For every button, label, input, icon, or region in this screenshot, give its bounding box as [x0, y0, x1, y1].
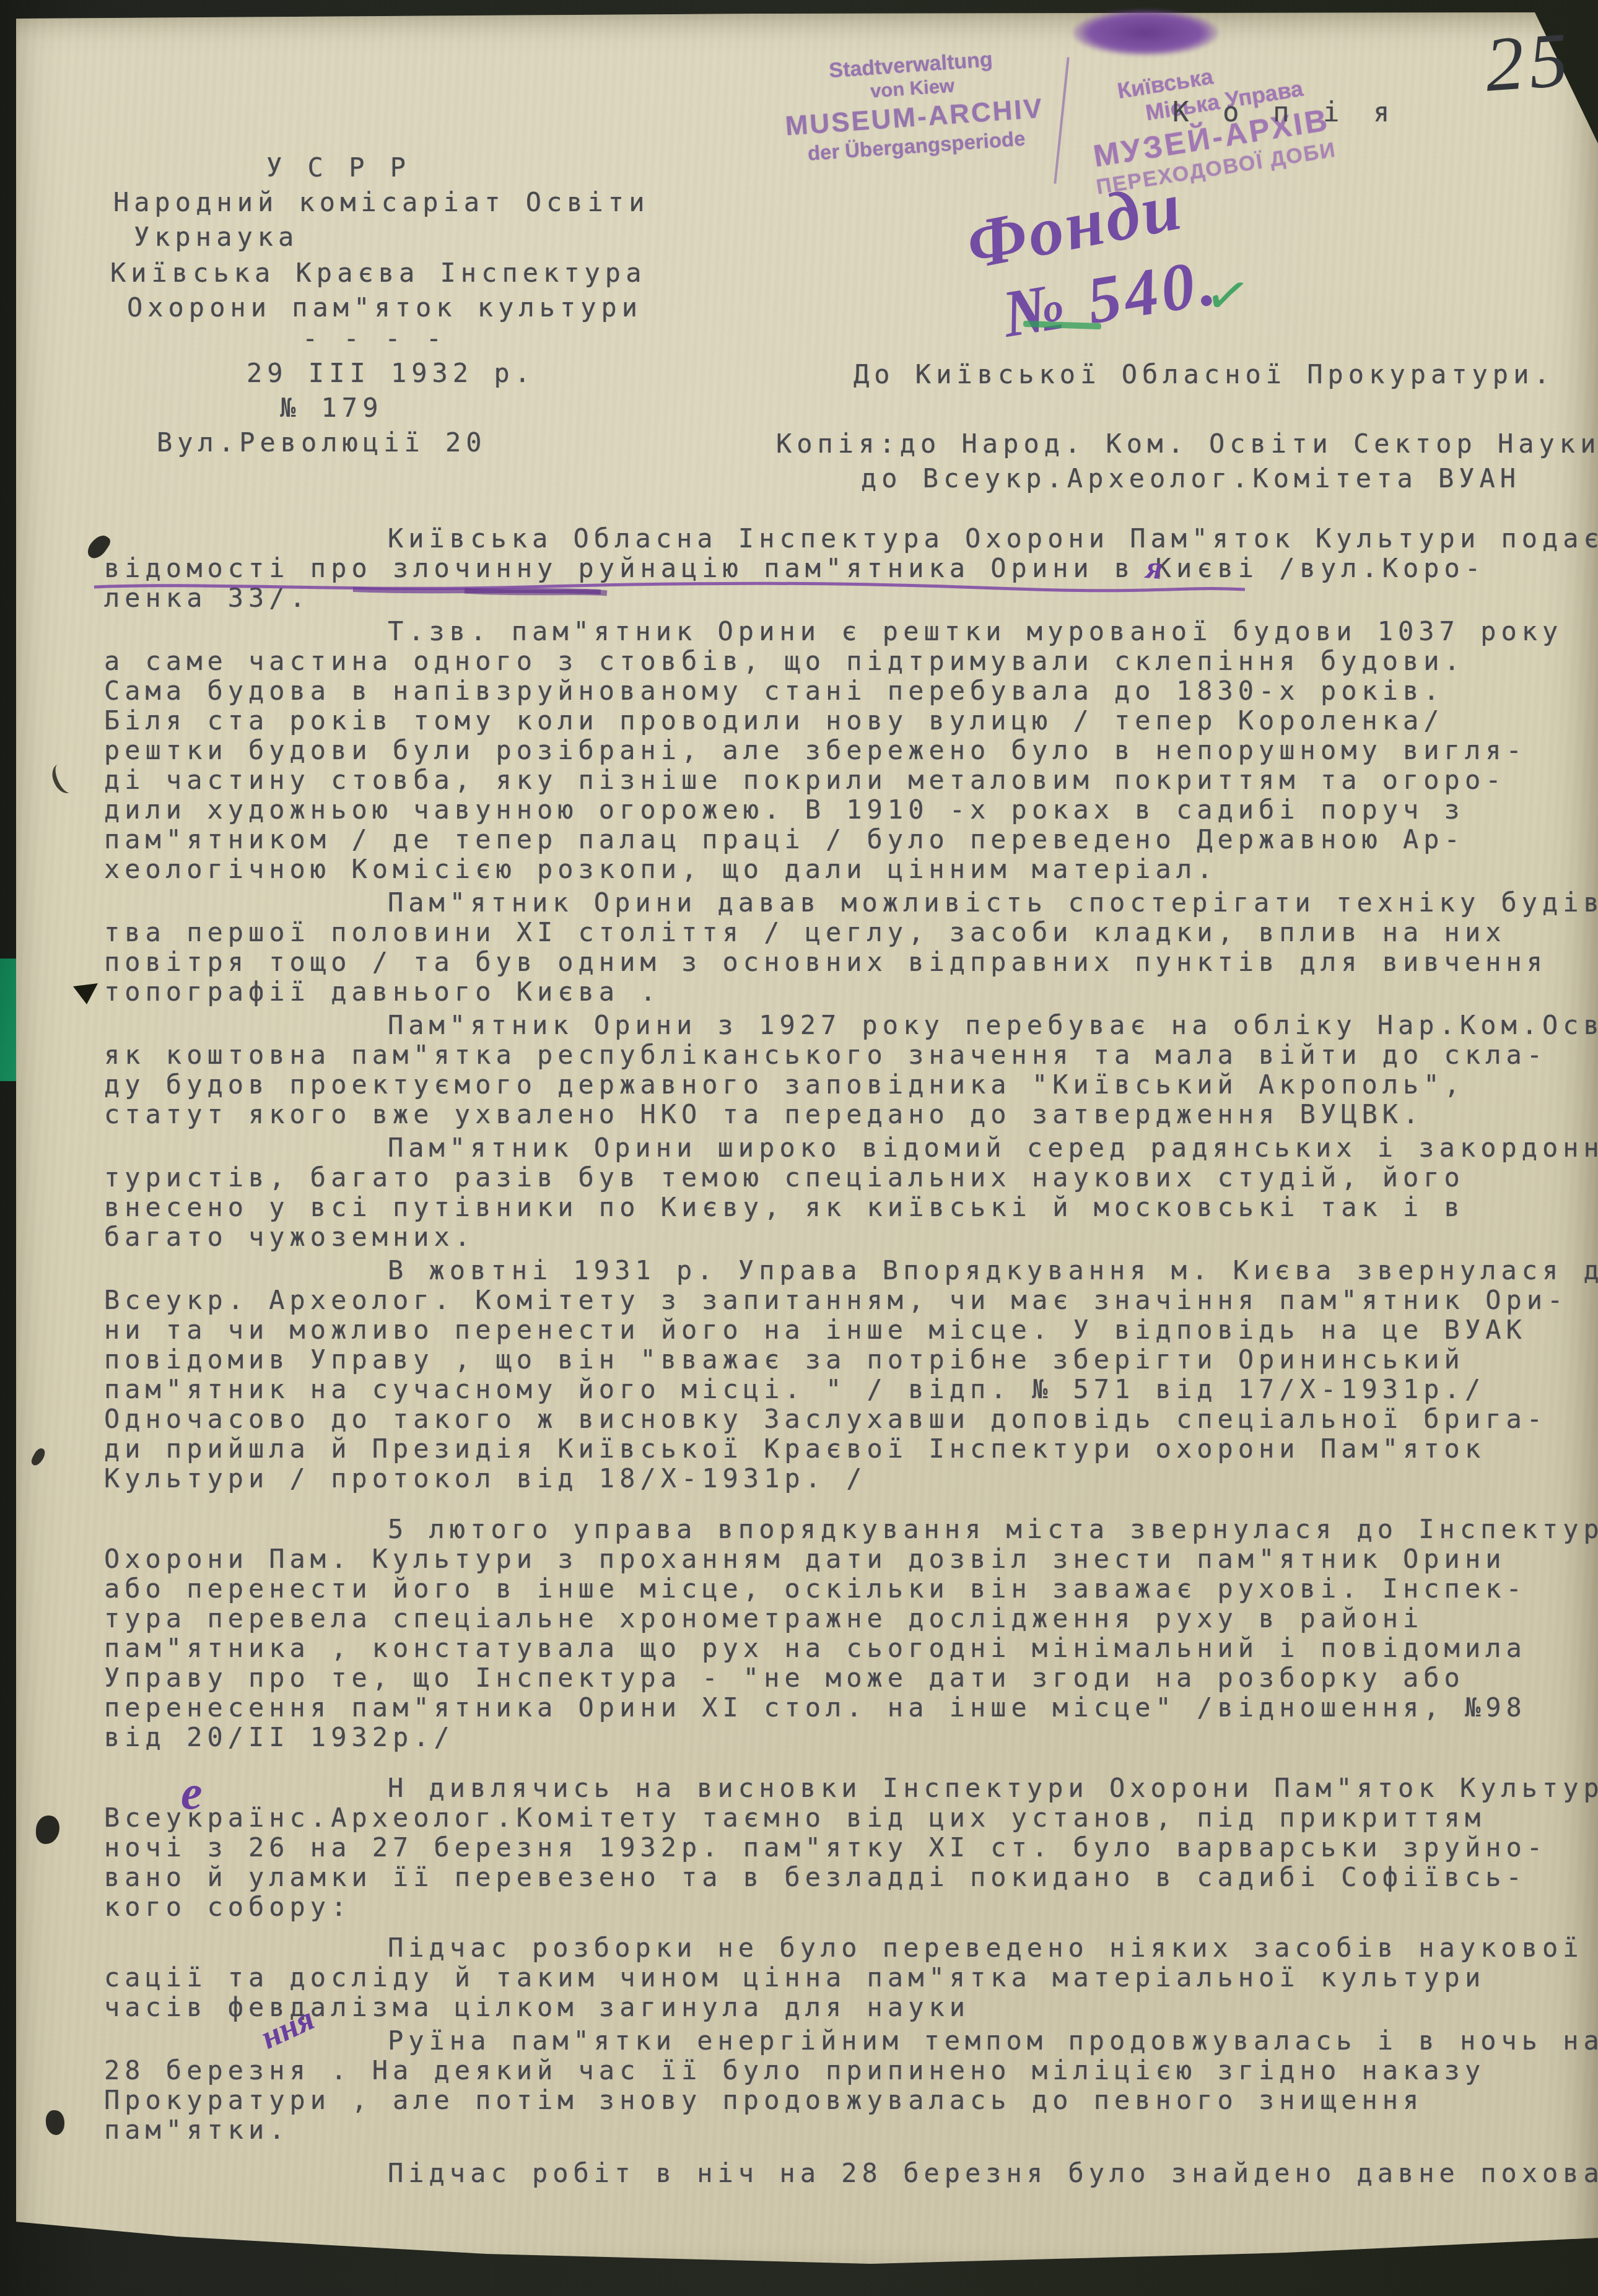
body-line-21: Пам"ятник Орини широко відомий серед рад…: [104, 1133, 1584, 1163]
sender-line-6: 29 ІІІ 1932 р.: [247, 358, 535, 388]
body-line-38: Управу про те, що Інспектура - "не може …: [104, 1663, 1584, 1693]
body-line-20: статут якого вже ухвалено НКО та передан…: [104, 1100, 1584, 1129]
body-line-47: сації та досліду й таким чином цінна пам…: [104, 1963, 1584, 1993]
body-line-5: а саме частина одного з стовбів, що підт…: [104, 646, 1584, 676]
body-line-4: Т.зв. пам"ятник Орини є рештки мурованої…: [104, 617, 1584, 646]
sender-line-7: № 179: [280, 393, 383, 423]
body-line-28: повідомив Управу , що він "вважає за пот…: [104, 1345, 1584, 1375]
body-line-33: 5 лютого управа впорядкування міста звер…: [104, 1515, 1584, 1544]
body-line-52: пам"ятки.: [104, 2115, 1584, 2145]
purple-overstrike-letter: я: [1145, 549, 1164, 587]
body-line-40: від 20/ІІ 1932р./: [104, 1723, 1584, 1752]
ink-blot: [46, 2110, 64, 2135]
body-line-31: ди прийшла й Президія Київської Краєвої …: [104, 1434, 1584, 1464]
body-line-32: Культури / протокол від 18/Х-1931р. /: [104, 1464, 1584, 1494]
recipient-copy-line-1: Копія:до Народ. Ком. Освіти Сектор Науки: [776, 428, 1598, 459]
body-line-10: дили художньою чавунною огорожею. В 1910…: [104, 795, 1584, 825]
purple-underline-annotation: [93, 576, 1257, 601]
letter-body: Київська Обласна Інспектура Охорони Пам"…: [104, 524, 1584, 2188]
recipient-copy-line-2: до Всеукр.Археолог.Комітета ВУАН: [861, 463, 1521, 494]
body-line-44: вано й уламки її перевезено та в безладд…: [104, 1863, 1584, 1892]
body-line-46: Підчас розборки не було переведено ніяки…: [104, 1933, 1584, 1963]
body-line-17: Пам"ятник Орини з 1927 року перебуває на…: [104, 1011, 1584, 1040]
body-line-35: або перенести його в інше місце, оскільк…: [104, 1574, 1584, 1604]
body-line-12: хеологічною Комісією розкопи, що дали ці…: [104, 854, 1584, 884]
body-line-8: рештки будови були розібрані, але збереж…: [104, 736, 1584, 765]
sender-line-4: Охорони пам"яток культури: [127, 292, 642, 323]
body-line-13: Пам"ятник Орини давав можливість спостер…: [104, 888, 1584, 918]
body-line-27: ни та чи можливо перенести його на інше …: [104, 1315, 1584, 1345]
body-line-24: багато чужоземних.: [104, 1222, 1584, 1252]
body-line-25: В жовтні 1931 р. Управа Впорядкування м.…: [104, 1256, 1584, 1285]
body-line-45: кого собору:: [104, 1892, 1584, 1922]
body-line-9: ді частину стовба, яку пізніше покрили м…: [104, 765, 1584, 795]
body-line-6: Сама будова в напівзруйнованому стані пе…: [104, 676, 1584, 706]
purple-ink-blob: [1073, 10, 1218, 56]
body-line-53: Підчас робіт в ніч на 28 березня було зн…: [104, 2159, 1584, 2188]
copy-label: К о п і я: [1172, 97, 1398, 128]
handwritten-page-number: 25: [1482, 15, 1576, 110]
body-line-30: Одночасово до такого ж висновку Заслухав…: [104, 1404, 1584, 1434]
sender-line-3: Київська Краєва Інспектура: [110, 258, 646, 288]
recipient-address: До Київської Обласної Прокуратури.: [854, 359, 1555, 389]
sender-line-5: - - - -: [302, 323, 447, 354]
body-line-16: топографії давнього Києва .: [104, 977, 1584, 1007]
body-line-49: Руїна пам"ятки енергійним темпом продовж…: [104, 2026, 1584, 2056]
body-line-36: тура перевела спеціальне хронометражне д…: [104, 1604, 1584, 1633]
sender-line-2: Укрнаука: [134, 222, 299, 252]
sender-line-8: Вул.Революції 20: [157, 427, 487, 458]
german-museum-archive-stamp: Stadtverwaltung von Kiew MUSEUM-ARCHIV d…: [756, 43, 1072, 168]
body-line-41: Н дивлячись на висновки Інспектури Охоро…: [104, 1773, 1584, 1803]
body-line-29: пам"ятник на сучасному його місці. " / в…: [104, 1375, 1584, 1404]
body-line-7: Біля ста років тому коли проводили нову …: [104, 706, 1584, 736]
body-line-1: Київська Обласна Інспектура Охорони Пам"…: [104, 524, 1584, 554]
body-line-50: 28 березня . На деякий час її було припи…: [104, 2056, 1584, 2085]
body-line-37: пам"ятника , констатувала що рух на сьог…: [104, 1633, 1584, 1663]
body-line-22: туристів, багато разів був темою спеціал…: [104, 1163, 1584, 1193]
body-line-15: повітря тощо / та був одним з основних в…: [104, 947, 1584, 977]
body-line-39: перенесення пам"ятника Орини ХІ стол. на…: [104, 1693, 1584, 1723]
body-line-26: Всеукр. Археолог. Комітету з запитанням,…: [104, 1285, 1584, 1315]
body-line-43: ночі з 26 на 27 березня 1932р. пам"ятку …: [104, 1833, 1584, 1863]
body-line-18: як коштовна пам"ятка республіканського з…: [104, 1040, 1584, 1070]
sender-line-0: У С Р Р: [266, 152, 411, 183]
handwritten-correction-e: е: [181, 1765, 203, 1820]
body-line-48: часів февдалізма цілком загинула для нау…: [104, 1993, 1584, 2022]
body-line-23: внесено у всі путівники по Києву, як киї…: [104, 1193, 1584, 1222]
body-line-14: тва першої половини ХІ століття / цеглу,…: [104, 918, 1584, 947]
body-line-19: ду будов проектуємого державного заповід…: [104, 1070, 1584, 1100]
body-line-42: Всеукраїнс.Археолог.Комітету таємно від …: [104, 1803, 1584, 1833]
body-line-51: Прокуратури , але потім знову продовжува…: [104, 2085, 1584, 2115]
body-line-11: пам"ятником / де тепер палац праці / бул…: [104, 825, 1584, 854]
sender-line-1: Народний комісаріат Освіти: [113, 187, 649, 217]
archive-photo-canvas: Stadtverwaltung von Kiew MUSEUM-ARCHIV d…: [0, 0, 1598, 2296]
body-line-34: Охорони Пам. Культури з проханням дати д…: [104, 1544, 1584, 1574]
